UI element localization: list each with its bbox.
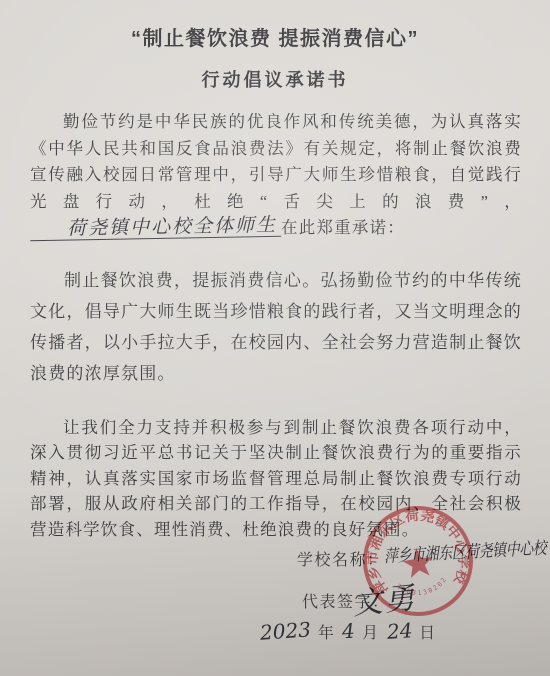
stamp-code: 3603130202318 xyxy=(333,477,451,608)
handwritten-school-name-inline: 荷尧镇中心校全体师生 xyxy=(30,214,281,241)
star-icon xyxy=(401,546,435,579)
paragraph-pledge-intro: 勤俭节约是中华民族的优良作风和传统美德，为认真落实《中华人民共和国反食品浪费法》… xyxy=(30,109,522,242)
document-subtitle: 行动倡议承诺书 xyxy=(10,66,540,92)
document-title: “制止餐饮浪费 提振消费信心” xyxy=(10,22,540,51)
paragraph-intro-tail: 在此郑重承诺： xyxy=(281,218,405,237)
svg-text:3603130202318: 3603130202318 xyxy=(333,477,451,608)
paragraph-intro-text: 勤俭节约是中华民族的优良作风和传统美德，为认真落实《中华人民共和国反食品浪费法》… xyxy=(30,112,522,211)
pledge-document-photo: “制止餐饮浪费 提振消费信心” 行动倡议承诺书 勤俭节约是中华民族的优良作风和传… xyxy=(0,0,550,676)
year-char: 年 xyxy=(318,620,336,643)
handwritten-year: 2023 xyxy=(259,617,311,644)
paragraph-commitment: 制止餐饮浪费，提振消费信心。弘扬勤俭节约的中华传统文化，倡导广大师生既当珍惜粮食… xyxy=(30,265,522,389)
official-seal-stamp: 萍乡市湘东区荷尧镇中心学校 3603130202318 xyxy=(333,476,502,645)
